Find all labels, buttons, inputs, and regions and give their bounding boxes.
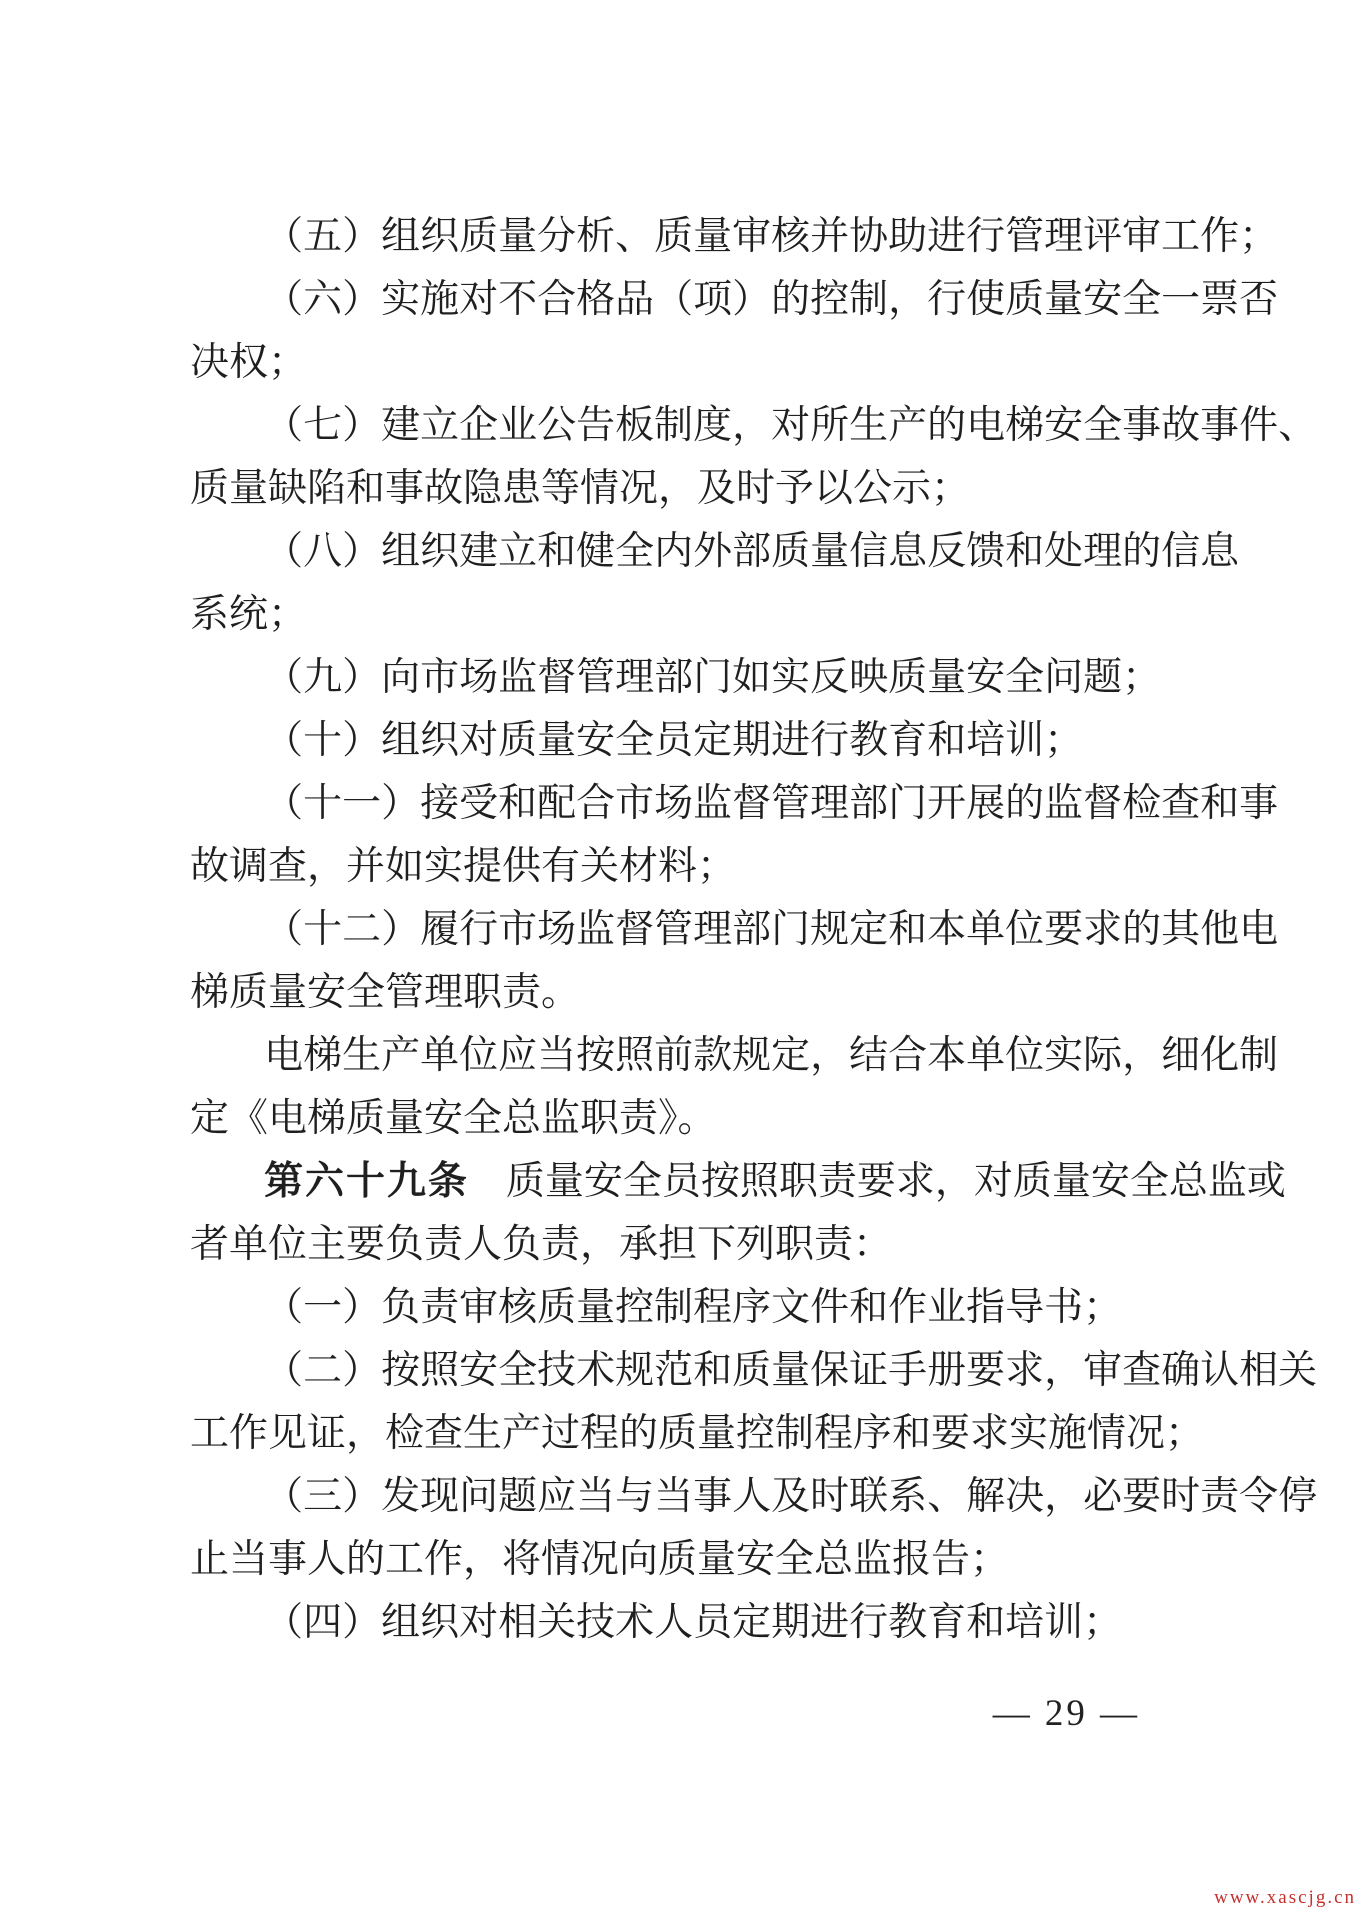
line-text: 系统； (190, 593, 307, 636)
document-body-text: （五）组织质量分析、质量审核并协助进行管理评审工作；（六）实施对不合格品（项）的… (190, 205, 1215, 1654)
line-text: 质量安全员按照职责要求，对质量安全总监或 (506, 1160, 1286, 1203)
line-text: 电梯生产单位应当按照前款规定，结合本单位实际，细化制 (264, 1034, 1278, 1077)
document-line: 止当事人的工作，将情况向质量安全总监报告； (190, 1528, 1215, 1591)
line-text: 故调查，并如实提供有关材料； (190, 845, 736, 888)
document-line: 工作见证，检查生产过程的质量控制程序和要求实施情况； (190, 1402, 1215, 1465)
line-text: 梯质量安全管理职责。 (190, 971, 580, 1014)
line-text: （六）实施对不合格品（项）的控制，行使质量安全一票否 (264, 278, 1278, 321)
document-line: （十二）履行市场监督管理部门规定和本单位要求的其他电 (190, 898, 1215, 961)
document-line: （十一）接受和配合市场监督管理部门开展的监督检查和事 (190, 772, 1215, 835)
document-line: 故调查，并如实提供有关材料； (190, 835, 1215, 898)
document-line: （二）按照安全技术规范和质量保证手册要求，审查确认相关 (190, 1339, 1215, 1402)
clause-number: 第六十九条 (264, 1160, 469, 1203)
page-number: — 29 — (993, 1694, 1140, 1734)
line-text: （九）向市场监督管理部门如实反映质量安全问题； (264, 656, 1161, 699)
line-text: （五）组织质量分析、质量审核并协助进行管理评审工作； (264, 215, 1278, 258)
line-text: （一）负责审核质量控制程序文件和作业指导书； (264, 1286, 1122, 1329)
line-text: 决权； (190, 341, 307, 384)
document-line: （九）向市场监督管理部门如实反映质量安全问题； (190, 646, 1215, 709)
line-text: （十二）履行市场监督管理部门规定和本单位要求的其他电 (264, 908, 1278, 951)
line-text: （四）组织对相关技术人员定期进行教育和培训； (264, 1601, 1122, 1644)
document-line: 定《电梯质量安全总监职责》。 (190, 1087, 1215, 1150)
line-text: （八）组织建立和健全内外部质量信息反馈和处理的信息 (264, 530, 1239, 573)
document-line: 电梯生产单位应当按照前款规定，结合本单位实际，细化制 (190, 1024, 1215, 1087)
document-line: 系统； (190, 583, 1215, 646)
line-text: （七）建立企业公告板制度，对所生产的电梯安全事故事件、 (264, 404, 1317, 447)
document-line: （五）组织质量分析、质量审核并协助进行管理评审工作； (190, 205, 1215, 268)
document-line: 质量缺陷和事故隐患等情况，及时予以公示； (190, 457, 1215, 520)
document-line: （四）组织对相关技术人员定期进行教育和培训； (190, 1591, 1215, 1654)
line-text: 者单位主要负责人负责，承担下列职责： (190, 1223, 892, 1266)
line-text: 止当事人的工作，将情况向质量安全总监报告； (190, 1538, 1009, 1581)
line-text: （二）按照安全技术规范和质量保证手册要求，审查确认相关 (264, 1349, 1317, 1392)
document-page: （五）组织质量分析、质量审核并协助进行管理评审工作；（六）实施对不合格品（项）的… (0, 0, 1361, 1909)
document-line: （三）发现问题应当与当事人及时联系、解决，必要时责令停 (190, 1465, 1215, 1528)
document-line: 梯质量安全管理职责。 (190, 961, 1215, 1024)
line-text: （十）组织对质量安全员定期进行教育和培训； (264, 719, 1083, 762)
line-text: （十一）接受和配合市场监督管理部门开展的监督检查和事 (264, 782, 1278, 825)
watermark-url: www.xascjg.cn (1214, 1888, 1356, 1908)
line-text: 定《电梯质量安全总监职责》。 (190, 1097, 717, 1140)
document-line: 第六十九条质量安全员按照职责要求，对质量安全总监或 (190, 1150, 1215, 1213)
document-line: （七）建立企业公告板制度，对所生产的电梯安全事故事件、 (190, 394, 1215, 457)
document-line: 者单位主要负责人负责，承担下列职责： (190, 1213, 1215, 1276)
document-line: （一）负责审核质量控制程序文件和作业指导书； (190, 1276, 1215, 1339)
line-text: （三）发现问题应当与当事人及时联系、解决，必要时责令停 (264, 1475, 1317, 1518)
line-text: 工作见证，检查生产过程的质量控制程序和要求实施情况； (190, 1412, 1204, 1455)
document-line: （十）组织对质量安全员定期进行教育和培训； (190, 709, 1215, 772)
document-line: （六）实施对不合格品（项）的控制，行使质量安全一票否 (190, 268, 1215, 331)
line-text: 质量缺陷和事故隐患等情况，及时予以公示； (190, 467, 970, 510)
document-line: （八）组织建立和健全内外部质量信息反馈和处理的信息 (190, 520, 1215, 583)
document-line: 决权； (190, 331, 1215, 394)
